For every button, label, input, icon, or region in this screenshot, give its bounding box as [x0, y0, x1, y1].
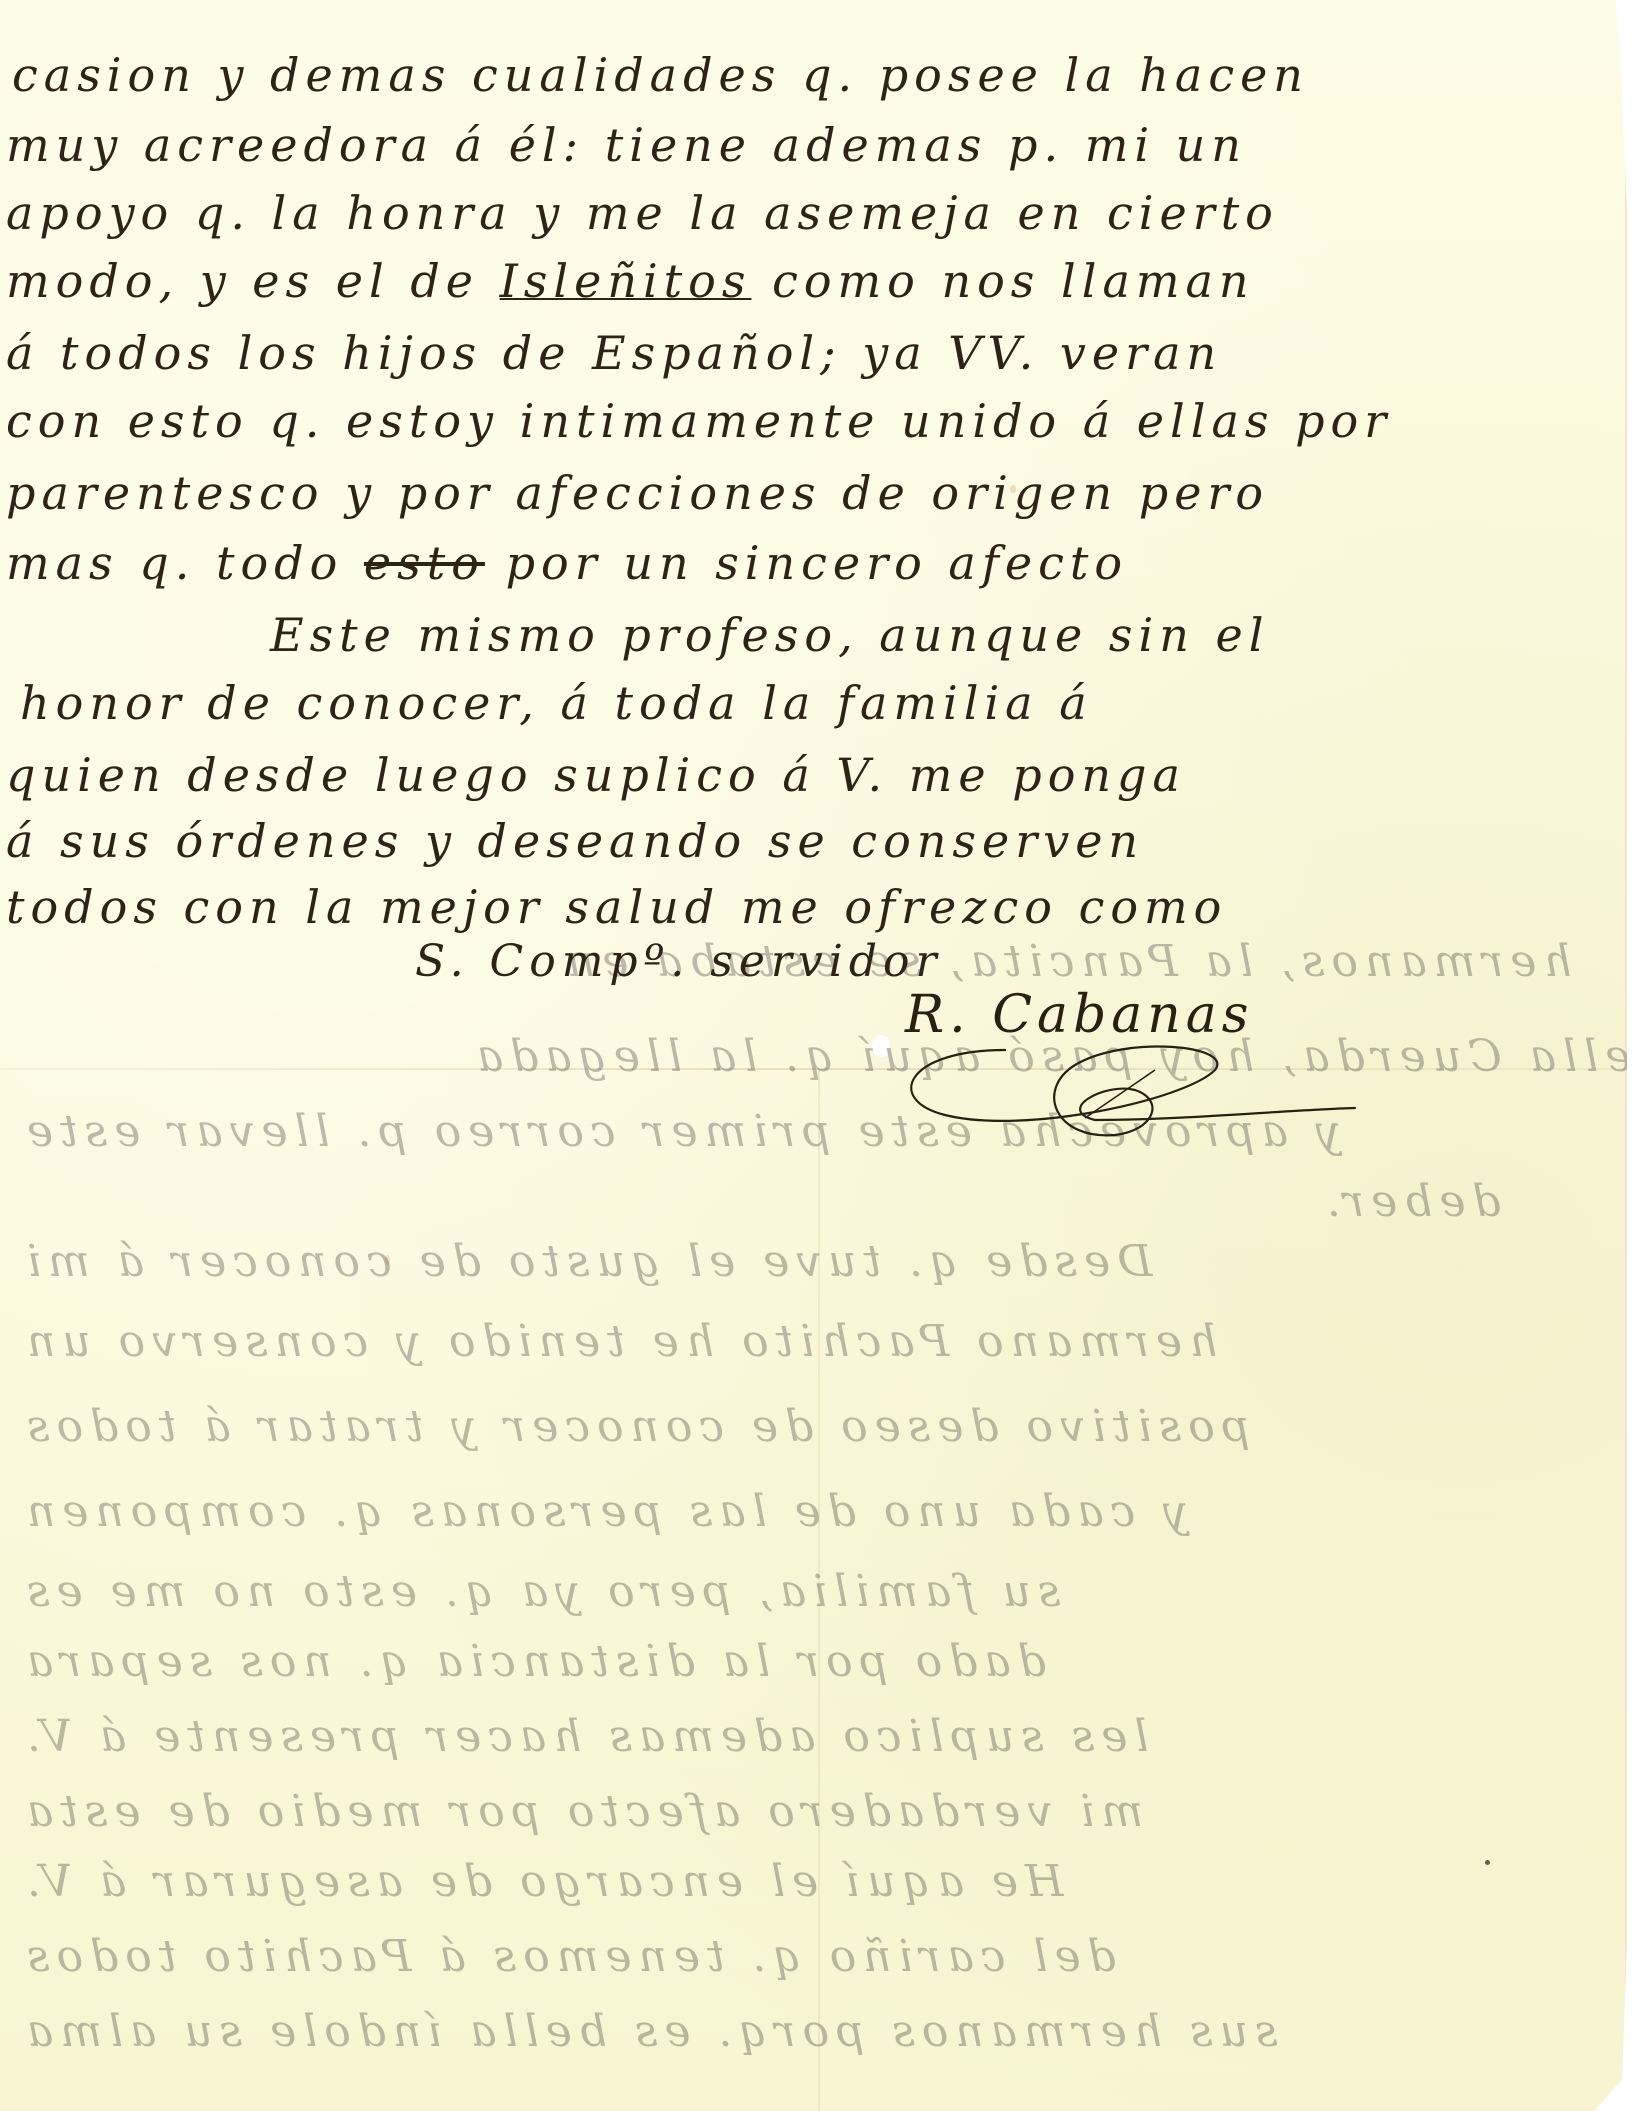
body-line: todos con la mejor salud me ofrezco como — [6, 884, 1227, 930]
verso-line: positivo deseo de conocer y tratar á tod… — [20, 1405, 1250, 1449]
verso-line: su familia, pero ya q. esto no me es — [20, 1570, 1060, 1614]
signature-flourish-icon — [885, 1040, 1365, 1150]
body-line: casion y demas cualidades q. posee la ha… — [12, 52, 1309, 98]
verso-line: y cada uno de las personas q. componen — [20, 1490, 1188, 1534]
verso-line: sus hermanos porq. es bella índole su al… — [20, 2010, 1278, 2054]
signature: R. Cabanas — [905, 985, 1253, 1045]
letter-page: hermanos, la Pancita, se estaba en ella … — [0, 0, 1627, 2111]
body-line: con esto q. estoy intimamente unido á el… — [6, 398, 1392, 444]
body-text: por un sincero afecto — [506, 536, 1128, 590]
verso-line: mi verdadero afecto por medio de esta — [20, 1790, 1143, 1834]
body-text: modo, y es el de — [6, 254, 479, 308]
verso-line: hermano Pachito he tenido y conservo un — [20, 1320, 1217, 1364]
body-line: parentesco y por afecciones de origen pe… — [6, 470, 1269, 516]
body-line-with-underline: modo, y es el de Isleñitos como nos llam… — [6, 258, 1255, 304]
ink-spot — [1485, 1860, 1490, 1865]
body-line: honor de conocer, á toda la familia á — [20, 680, 1093, 726]
body-text: mas q. todo — [6, 536, 343, 590]
body-line: á todos los hijos de Español; ya VV. ver… — [6, 330, 1222, 376]
struck-word: esto — [364, 536, 485, 590]
verso-line: del cariño q. tenemos á Pachito todos — [20, 1935, 1116, 1979]
verso-line: Desde q. tuve el gusto de conocer á mi — [20, 1240, 1152, 1284]
verso-line: deber. — [1320, 1180, 1501, 1224]
body-line: muy acreedora á él: tiene ademas p. mi u… — [6, 122, 1247, 168]
underlined-word: Isleñitos — [500, 254, 752, 308]
verso-line: He aquí el encargo de asegurar á V. — [20, 1860, 1063, 1904]
closing-text: S. Compº. servidor — [415, 936, 943, 987]
body-line-with-strikethrough: mas q. todo esto por un sincero afecto — [6, 540, 1128, 586]
closing-line: S. Compº. servidor — [415, 940, 943, 984]
body-text: como nos llaman — [772, 254, 1254, 308]
verso-line: dado por la distancia q. nos separa — [20, 1640, 1046, 1684]
body-line: quien desde luego suplico á V. me ponga — [6, 752, 1186, 798]
body-line: apoyo q. la honra y me la asemeja en cie… — [6, 190, 1279, 236]
paragraph-start-line: Este mismo profeso, aunque sin el — [270, 612, 1269, 658]
body-line: á sus órdenes y deseando se conserven — [6, 818, 1144, 864]
verso-line: les suplico ademas hacer presente á V. — [20, 1715, 1148, 1759]
